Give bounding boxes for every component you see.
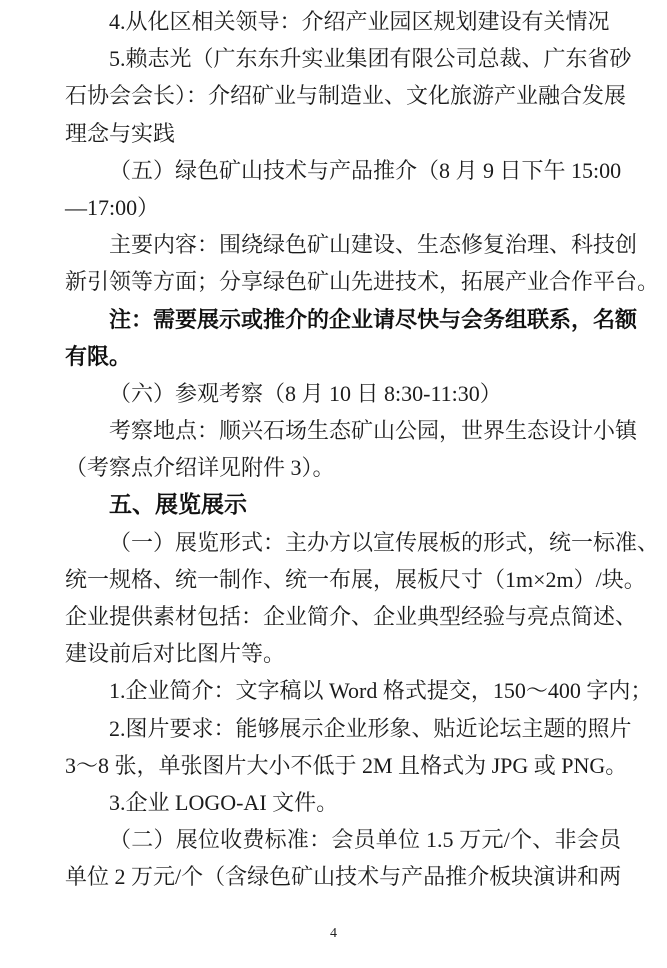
text-line: （一）展览形式：主办方以宣传展板的形式，统一标准、	[65, 524, 621, 561]
text-line: 3.企业 LOGO-AI 文件。	[65, 784, 621, 821]
text-line: 4.从化区相关领导：介绍产业园区规划建设有关情况	[65, 3, 621, 40]
text-line: （考察点介绍详见附件 3）。	[65, 449, 621, 486]
text-line: 新引领等方面；分享绿色矿山先进技术，拓展产业合作平台。	[65, 263, 621, 300]
page-footer: 4	[0, 924, 667, 948]
document-page: 4.从化区相关领导：介绍产业园区规划建设有关情况5.赖志光（广东东升实业集团有限…	[0, 0, 667, 968]
text-line: （五）绿色矿山技术与产品推介（8 月 9 日下午 15:00	[65, 152, 621, 189]
section-heading: 五、展览展示	[65, 486, 621, 523]
text-line: 主要内容：围绕绿色矿山建设、生态修复治理、科技创	[65, 226, 621, 263]
text-line: 统一规格、统一制作、统一布展，展板尺寸（1m×2m）/块。	[65, 561, 621, 598]
text-line: —17:00）	[65, 189, 621, 226]
document-body: 4.从化区相关领导：介绍产业园区规划建设有关情况5.赖志光（广东东升实业集团有限…	[65, 3, 621, 896]
text-line: 2.图片要求：能够展示企业形象、贴近论坛主题的照片	[65, 710, 621, 747]
text-line: 建设前后对比图片等。	[65, 635, 621, 672]
text-line: 单位 2 万元/个（含绿色矿山技术与产品推介板块演讲和两	[65, 858, 621, 895]
text-line: （六）参观考察（8 月 10 日 8:30-11:30）	[65, 375, 621, 412]
text-line: 5.赖志光（广东东升实业集团有限公司总裁、广东省砂	[65, 40, 621, 77]
text-line: 企业提供素材包括：企业简介、企业典型经验与亮点简述、	[65, 598, 621, 635]
text-line: 理念与实践	[65, 115, 621, 152]
text-line: 有限。	[65, 338, 621, 375]
text-line: 1.企业简介：文字稿以 Word 格式提交，150～400 字内；	[65, 672, 621, 709]
text-line: （二）展位收费标准：会员单位 1.5 万元/个、非会员	[65, 821, 621, 858]
text-line: 注：需要展示或推介的企业请尽快与会务组联系，名额	[65, 301, 621, 338]
text-line: 石协会会长）：介绍矿业与制造业、文化旅游产业融合发展	[65, 77, 621, 114]
text-line: 考察地点：顺兴石场生态矿山公园，世界生态设计小镇	[65, 412, 621, 449]
text-line: 3～8 张，单张图片大小不低于 2M 且格式为 JPG 或 PNG。	[65, 747, 621, 784]
page-number: 4	[330, 926, 337, 941]
